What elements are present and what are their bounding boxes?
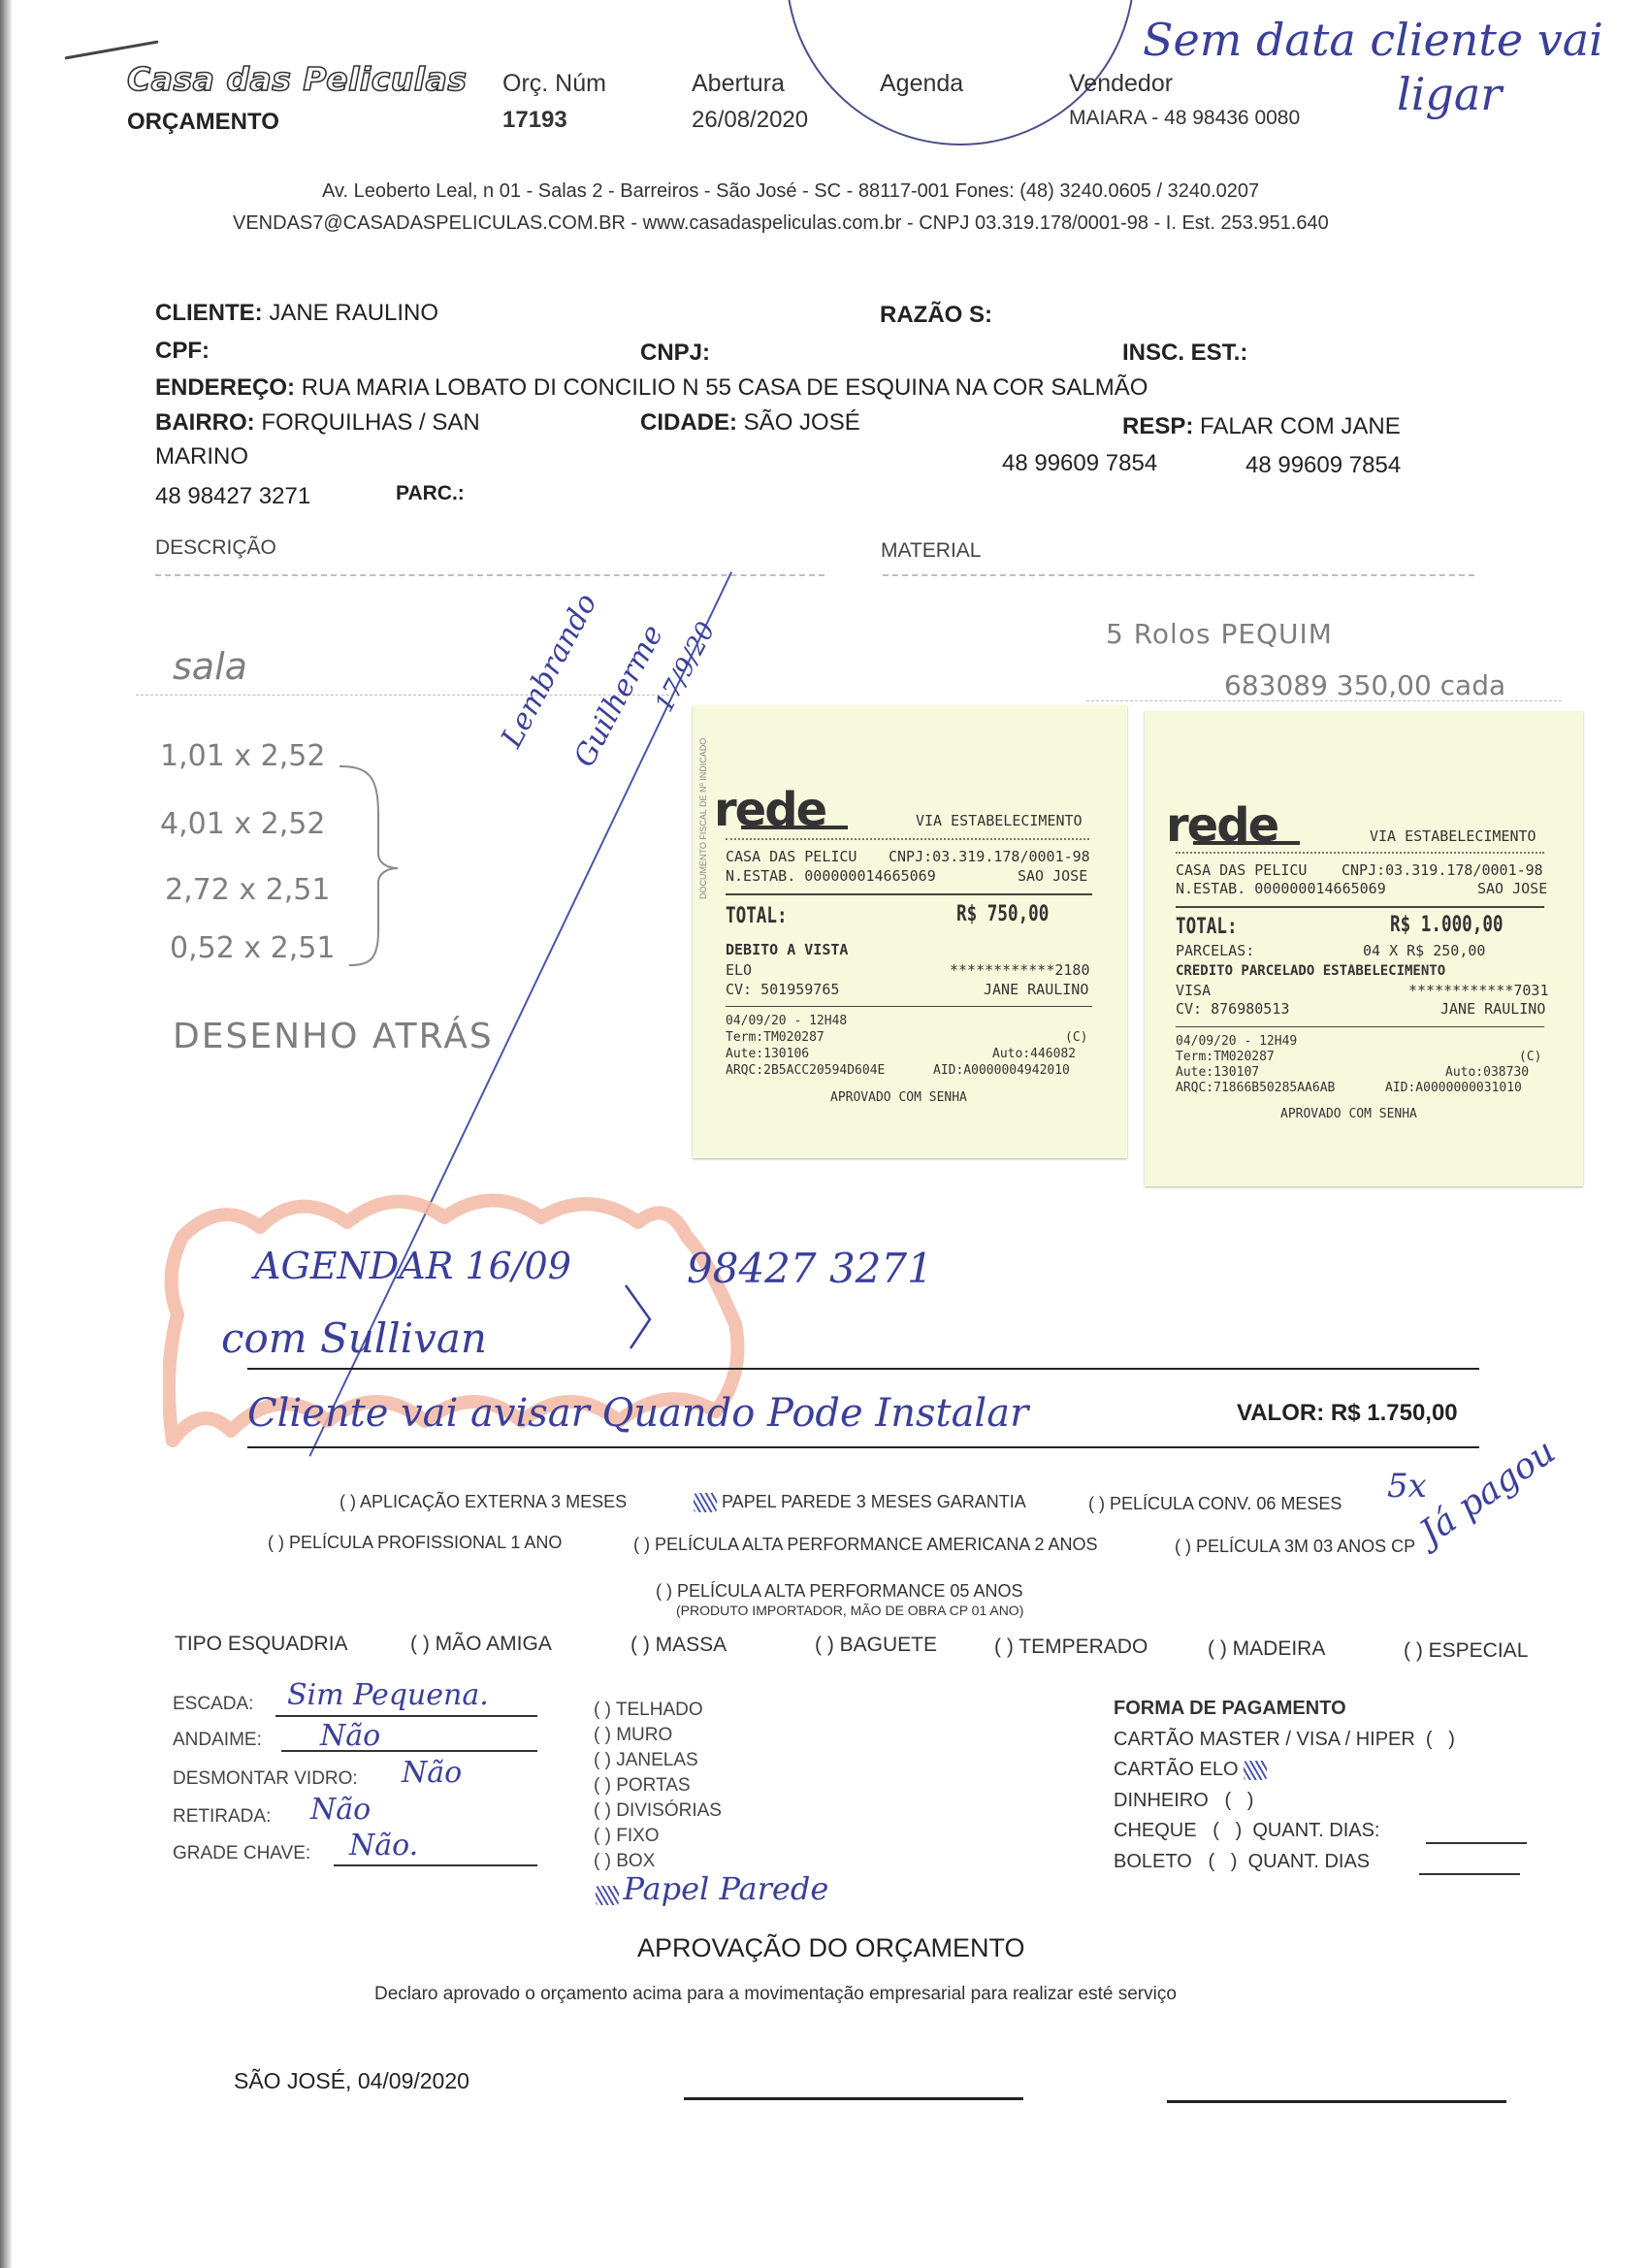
receipt-city: SAO JOSE	[1018, 867, 1087, 885]
abertura-label: Abertura	[692, 70, 785, 98]
schedule-agendar: AGENDAR 16/09	[254, 1245, 571, 1287]
insc-est-label: INSC. EST.:	[1122, 340, 1247, 366]
receipt-arqc: ARQC:2B5ACC20594D604E	[726, 1063, 885, 1078]
tipo-option-madeira[interactable]: ( ) MADEIRA	[1208, 1637, 1325, 1661]
room-note: sala	[173, 645, 247, 688]
receipt-cnpj: CNPJ:03.319.178/0001-98	[1342, 861, 1543, 879]
company-logo: Casa das Peliculas	[127, 60, 468, 98]
receipt-holder: JANE RAULINO	[1440, 1000, 1545, 1018]
receipt-total-value: R$ 1.000,00	[1390, 913, 1503, 937]
desmontar-vidro-label: DESMONTAR VIDRO:	[173, 1768, 358, 1790]
resp-phone-2: 48 99609 7854	[1245, 452, 1401, 479]
receipt-rule	[1176, 906, 1544, 908]
checked-scribble-icon	[694, 1493, 717, 1512]
orc-num-value: 17193	[502, 107, 567, 134]
card-receipt-1: DOCUMENTO FISCAL DE Nº INDICADO rede VIA…	[693, 705, 1127, 1158]
cliente-label: CLIENTE:	[155, 300, 263, 326]
andaime-value[interactable]: Não	[320, 1719, 380, 1753]
room-divider	[136, 695, 679, 696]
receipt-parcelas-value: 04 X R$ 250,00	[1363, 942, 1485, 959]
rede-logo-underline	[1193, 841, 1300, 845]
client-phone: 48 98427 3271	[155, 483, 310, 510]
receipt-rule	[726, 1006, 1092, 1007]
receipt-card: ELO	[726, 961, 752, 979]
receipt-datetime: 04/09/20 - 12H48	[726, 1014, 847, 1028]
vendedor-label: Vendedor	[1069, 70, 1173, 98]
tipo-esquadria-label: TIPO ESQUADRIA	[175, 1633, 348, 1656]
receipt-merchant: CASA DAS PELICU	[726, 848, 857, 865]
receipt-aid: AID:A0000000031010	[1385, 1081, 1522, 1095]
escada-label: ESCADA:	[173, 1694, 253, 1715]
checked-scribble-icon	[1244, 1761, 1267, 1780]
abertura-value: 26/08/2020	[692, 107, 808, 134]
location-muro[interactable]: ( ) MURO	[594, 1725, 672, 1746]
material-note-divider	[1086, 700, 1562, 701]
tipo-option-mao-amiga[interactable]: ( ) MÃO AMIGA	[410, 1633, 552, 1656]
approval-title: APROVAÇÃO DO ORÇAMENTO	[637, 1933, 1025, 1963]
razao-field: RAZÃO S:	[880, 302, 992, 329]
payment-option-cheque[interactable]: CHEQUE ( ) QUANT. DIAS:	[1114, 1820, 1380, 1842]
bairro-field: BAIRRO: FORQUILHAS / SAN	[155, 409, 480, 437]
cidade-value: SÃO JOSÉ	[744, 409, 860, 436]
receipt-status: APROVADO COM SENHA	[830, 1090, 967, 1105]
andaime-label: ANDAIME:	[173, 1730, 262, 1751]
cnpj-label: CNPJ:	[640, 340, 710, 366]
schedule-com: com Sullivan	[221, 1314, 487, 1362]
desmontar-vidro-value[interactable]: Não	[402, 1756, 462, 1790]
service-option-7[interactable]: ( ) PELÍCULA ALTA PERFORMANCE 05 ANOS	[656, 1581, 1022, 1602]
cidade-field: CIDADE: SÃO JOSÉ	[640, 409, 860, 437]
receipt-rule	[726, 893, 1092, 895]
place-date: SÃO JOSÉ, 04/09/2020	[234, 2068, 469, 2094]
measurement-1: 1,01 x 2,52	[160, 739, 325, 773]
location-papel-parede[interactable]: Papel Parede	[596, 1870, 828, 1907]
parc-label: PARC.:	[396, 482, 465, 504]
bairro-value-cont: MARINO	[155, 443, 248, 470]
payment-option-dinheiro[interactable]: DINHEIRO ( )	[1114, 1790, 1253, 1812]
location-portas[interactable]: ( ) PORTAS	[594, 1775, 691, 1797]
bairro-value: FORQUILHAS / SAN	[261, 409, 479, 436]
grade-chave-label: GRADE CHAVE:	[173, 1843, 310, 1864]
receipt-arqc: ARQC:71866B50285AA6AB	[1176, 1081, 1335, 1095]
cpf-label: CPF:	[155, 338, 210, 364]
signature-line-2[interactable]	[1167, 2100, 1506, 2103]
brace-mark	[330, 757, 407, 980]
material-note-1: 5 Rolos PEQUIM	[1106, 618, 1333, 650]
schedule-phone: 98427 3271	[687, 1245, 933, 1292]
descricao-label: DESCRIÇÃO	[155, 536, 276, 560]
endereco-value: RUA MARIA LOBATO DI CONCILIO N 55 CASA D…	[302, 374, 1148, 401]
receipt-mode: DEBITO A VISTA	[726, 941, 848, 958]
checked-scribble-icon	[596, 1886, 619, 1905]
resp-value: FALAR COM JANE	[1200, 413, 1401, 439]
razao-label: RAZÃO S:	[880, 302, 992, 328]
document-type: ORÇAMENTO	[127, 109, 279, 136]
receipt-dotted-rule	[1176, 852, 1544, 854]
valor-value: 1.750,00	[1367, 1400, 1457, 1426]
handwritten-note-line-1: Sem data cliente vai	[1143, 14, 1603, 66]
service-option-4[interactable]: ( ) PELÍCULA PROFISSIONAL 1 ANO	[268, 1533, 562, 1553]
service-option-5[interactable]: ( ) PELÍCULA ALTA PERFORMANCE AMERICANA …	[633, 1535, 1097, 1555]
material-note-2: 683089 350,00 cada	[1224, 669, 1505, 701]
payment-title: FORMA DE PAGAMENTO	[1114, 1698, 1346, 1720]
receipt-cv: CV: 501959765	[726, 981, 839, 998]
tipo-option-especial[interactable]: ( ) ESPECIAL	[1404, 1639, 1528, 1663]
resp-label: RESP:	[1122, 413, 1193, 439]
resp-phone-1: 48 99609 7854	[1002, 450, 1157, 477]
location-fixo[interactable]: ( ) FIXO	[594, 1826, 660, 1847]
payment-option-master-visa[interactable]: CARTÃO MASTER / VISA / HIPER ( )	[1114, 1729, 1455, 1751]
measurement-3: 2,72 x 2,51	[165, 873, 330, 907]
receipt-cnpj: CNPJ:03.319.178/0001-98	[889, 848, 1090, 865]
escada-value[interactable]: Sim Pequena.	[287, 1678, 489, 1712]
cheque-days-underline	[1426, 1842, 1527, 1844]
receipt-estab: N.ESTAB. 000000014665069	[726, 867, 936, 885]
receipt-city: SAO JOSE	[1477, 880, 1547, 897]
tipo-option-massa[interactable]: ( ) MASSA	[630, 1634, 727, 1657]
scan-edge	[0, 0, 12, 2268]
material-divider	[883, 574, 1474, 576]
material-label: MATERIAL	[881, 539, 981, 563]
receipt-datetime: 04/09/20 - 12H49	[1176, 1034, 1297, 1049]
payment-option-elo[interactable]: CARTÃO ELO	[1114, 1759, 1267, 1781]
cliente-avisar-note: Cliente vai avisar Quando Pode Instalar	[247, 1391, 1028, 1436]
receipt-cv: CV: 876980513	[1176, 1000, 1289, 1018]
chevron-mark	[621, 1280, 660, 1358]
escada-underline	[275, 1715, 537, 1717]
receipt-merchant: CASA DAS PELICU	[1176, 861, 1307, 879]
receipt-rule	[1176, 1026, 1544, 1027]
tipo-option-temperado[interactable]: ( ) TEMPERADO	[994, 1636, 1148, 1659]
receipt-auto: Auto:446082	[992, 1047, 1076, 1061]
receipt-estab: N.ESTAB. 000000014665069	[1176, 880, 1386, 897]
parc-field: PARC.:	[396, 479, 465, 506]
receipt-parcelas-label: PARCELAS:	[1176, 942, 1254, 959]
services-note-5x: 5x	[1387, 1467, 1427, 1506]
retirada-label: RETIRADA:	[173, 1806, 271, 1828]
services-note-paid: Já pagou	[1412, 1432, 1562, 1553]
valor-top-rule	[247, 1368, 1479, 1370]
valor-total: VALOR: R$ 1.750,00	[1237, 1400, 1458, 1427]
service-footnote: (PRODUTO IMPORTADOR, MÃO DE OBRA CP 01 A…	[676, 1603, 1023, 1618]
service-option-2[interactable]: PAPEL PAREDE 3 MESES GARANTIA	[694, 1492, 1026, 1512]
payment-option-boleto[interactable]: BOLETO ( ) QUANT. DIAS	[1114, 1851, 1370, 1873]
valor-label: VALOR: R$	[1237, 1400, 1361, 1426]
cliente-field: CLIENTE: JANE RAULINO	[155, 300, 438, 327]
rede-logo-underline	[741, 826, 848, 829]
approval-text: Declaro aprovado o orçamento acima para …	[374, 1984, 1177, 2005]
receipt-auto: Auto:038730	[1445, 1065, 1529, 1080]
service-option-1[interactable]: ( ) APLICAÇÃO EXTERNA 3 MESES	[339, 1492, 627, 1512]
company-contact: VENDAS7@CASADASPELICULAS.COM.BR - www.ca…	[233, 212, 1329, 235]
agenda-label: Agenda	[880, 70, 963, 98]
boleto-days-underline	[1419, 1873, 1520, 1875]
receipt-c-flag: (C)	[1065, 1030, 1087, 1045]
endereco-label: ENDEREÇO:	[155, 374, 295, 401]
signature-line-1[interactable]	[684, 2097, 1023, 2100]
receipt-total-label: TOTAL:	[726, 904, 788, 928]
bairro-label: BAIRRO:	[155, 409, 255, 436]
receipt-aute: Aute:130106	[726, 1047, 809, 1061]
receipt-via: VIA ESTABELECIMENTO	[916, 812, 1083, 829]
valor-bottom-rule	[247, 1446, 1479, 1448]
receipt-term: Term:TM020287	[1176, 1050, 1275, 1064]
measurement-2: 4,01 x 2,52	[160, 807, 325, 841]
company-address: Av. Leoberto Leal, n 01 - Salas 2 - Barr…	[322, 180, 1259, 203]
measurement-4: 0,52 x 2,51	[170, 931, 335, 965]
receipt-mode: CREDITO PARCELADO ESTABELECIMENTO	[1176, 963, 1445, 979]
receipt-aid: AID:A0000004942010	[933, 1063, 1070, 1078]
card-receipt-2: rede VIA ESTABELECIMENTO CASA DAS PELICU…	[1145, 711, 1583, 1186]
receipt-card-number: ************2180	[950, 961, 1090, 979]
cnpj-field: CNPJ:	[640, 340, 710, 367]
receipt-aute: Aute:130107	[1176, 1065, 1259, 1080]
location-telhado[interactable]: ( ) TELHADO	[594, 1700, 703, 1721]
service-option-6[interactable]: ( ) PELÍCULA 3M 03 ANOS CP	[1175, 1537, 1415, 1557]
receipt-card: VISA	[1176, 982, 1211, 999]
handwritten-note-line-2: ligar	[1397, 68, 1502, 120]
endereco-field: ENDEREÇO: RUA MARIA LOBATO DI CONCILIO N…	[155, 374, 1148, 402]
pen-mark	[64, 41, 158, 60]
grade-chave-underline	[334, 1864, 537, 1866]
vendedor-value: MAIARA - 48 98436 0080	[1069, 107, 1300, 130]
receipt-via: VIA ESTABELECIMENTO	[1370, 827, 1536, 845]
receipt-dotted-rule	[726, 838, 1089, 840]
receipt-c-flag: (C)	[1519, 1050, 1541, 1064]
cpf-field: CPF:	[155, 338, 210, 365]
receipt-total-label: TOTAL:	[1176, 915, 1238, 939]
drawing-note: DESENHO ATRÁS	[173, 1017, 494, 1056]
receipt-holder: JANE RAULINO	[984, 981, 1088, 998]
insc-est-field: INSC. EST.:	[1122, 340, 1247, 367]
cliente-value: JANE RAULINO	[269, 300, 438, 326]
receipt-total-value: R$ 750,00	[956, 902, 1049, 926]
service-option-3[interactable]: ( ) PELÍCULA CONV. 06 MESES	[1088, 1494, 1342, 1514]
cidade-label: CIDADE:	[640, 409, 737, 436]
location-divisorias[interactable]: ( ) DIVISÓRIAS	[594, 1800, 722, 1822]
resp-field: RESP: FALAR COM JANE	[1122, 413, 1401, 440]
receipt-card-number: ************7031	[1408, 982, 1549, 999]
orc-num-label: Orç. Núm	[502, 70, 606, 98]
grade-chave-value[interactable]: Não.	[349, 1829, 418, 1863]
location-box[interactable]: ( ) BOX	[594, 1851, 655, 1872]
retirada-value[interactable]: Não	[310, 1793, 371, 1827]
location-janelas[interactable]: ( ) JANELAS	[594, 1750, 698, 1771]
receipt-term: Term:TM020287	[726, 1030, 824, 1045]
descricao-divider	[155, 574, 824, 576]
receipt-status: APROVADO COM SENHA	[1280, 1107, 1417, 1121]
tipo-option-baguete[interactable]: ( ) BAGUETE	[815, 1634, 937, 1657]
